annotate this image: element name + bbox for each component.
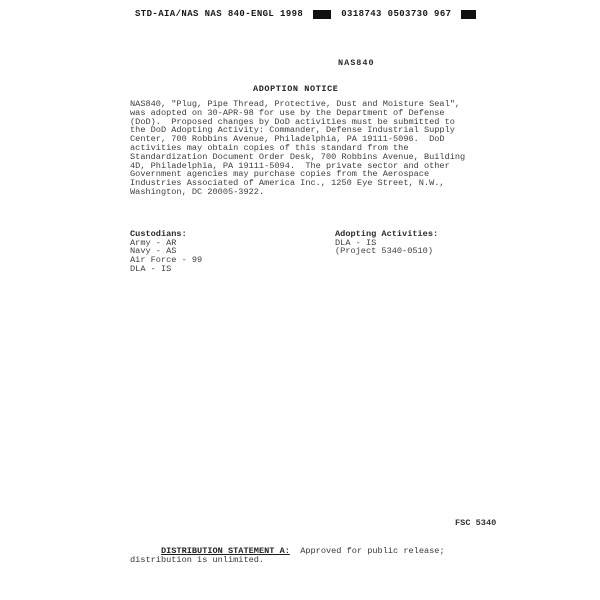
scanned-document-page: STD-AIA/NAS NAS 840-ENGL 1998 0318743 05… [0, 0, 600, 600]
standard-designation-text: STD-AIA/NAS NAS 840-ENGL 1998 [135, 9, 303, 19]
adopting-activity-item: (Project 5340-0510) [335, 247, 480, 256]
document-number: NAS840 [338, 58, 375, 68]
custodians-column: Custodians: Army - AR Navy - AS Air Forc… [130, 230, 335, 273]
fsc-code: FSC 5340 [455, 518, 496, 528]
adopting-activities-column: Adopting Activities: DLA - IS (Project 5… [335, 230, 480, 273]
custodian-item: DLA - IS [130, 265, 335, 274]
adoption-notice-title: ADOPTION NOTICE [253, 84, 339, 94]
standards-header-line: STD-AIA/NAS NAS 840-ENGL 1998 0318743 05… [135, 9, 476, 19]
distribution-statement: DISTRIBUTION STATEMENT A: Approved for p… [130, 538, 502, 574]
custodians-section: Custodians: Army - AR Navy - AS Air Forc… [130, 230, 480, 273]
document-serial-text: 0318743 0503730 967 [341, 9, 451, 19]
notice-body-paragraph: NAS840, "Plug, Pipe Thread, Protective, … [130, 100, 490, 197]
document-scan-area: STD-AIA/NAS NAS 840-ENGL 1998 0318743 05… [0, 0, 600, 600]
barcode-block-icon [461, 10, 476, 19]
barcode-block-icon [313, 10, 331, 19]
